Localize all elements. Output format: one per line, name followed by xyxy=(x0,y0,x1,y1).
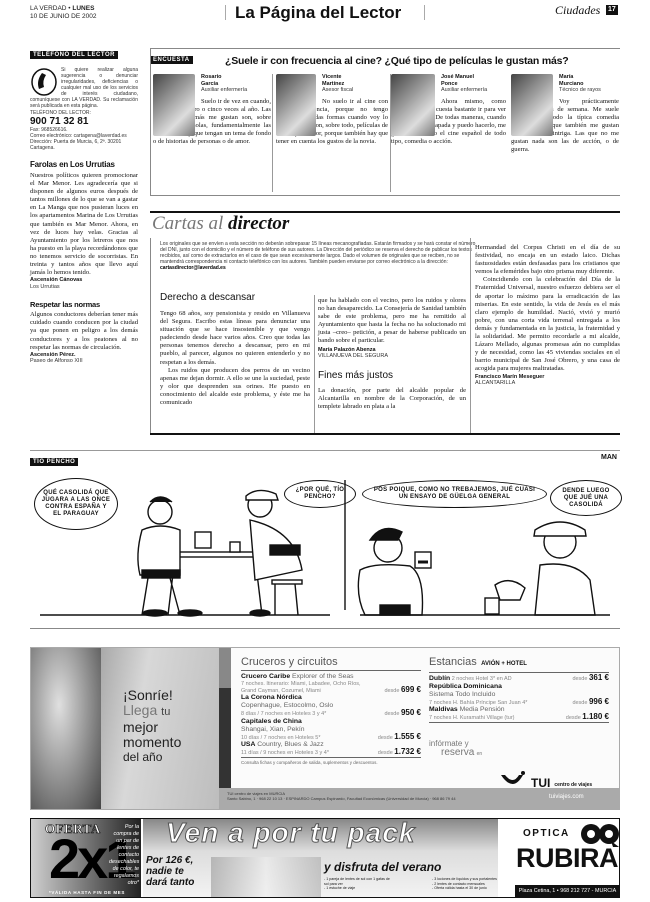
comic-illustration xyxy=(30,470,620,620)
carta-derecho-cont: que ha hablado con el vecino, pero los r… xyxy=(318,297,466,411)
optica-brand: RUBIRA xyxy=(516,843,618,873)
comic-author: MAN xyxy=(601,454,617,461)
offer-desde: desde xyxy=(378,750,393,756)
offer-name: La Corona Nórdica xyxy=(241,694,421,702)
carta-body: Tengo 68 años, soy pensionista y resido … xyxy=(160,310,310,367)
oferta-side-text: Por la compra de un par de lentes de con… xyxy=(109,824,139,887)
ad-stripe xyxy=(219,688,231,788)
offer-item[interactable]: La Corona Nórdica Copenhague, Estocolmo,… xyxy=(241,694,421,718)
cartas-intro-email-prefix: También pueden enviarse por correo elect… xyxy=(309,259,448,265)
column-divider xyxy=(272,74,273,192)
column-divider xyxy=(470,238,471,433)
offer-price: 699 € xyxy=(401,685,421,694)
letter-body: Algunos conductores deberían tener más c… xyxy=(30,311,138,351)
offer-desde: desde xyxy=(566,715,581,721)
encuesta-top-rule xyxy=(150,48,620,49)
carta-body: Los ruidos que producen dos perros de un… xyxy=(160,367,310,407)
date-label: 10 DE JUNIO DE 2002 xyxy=(30,13,96,20)
offer-price: 1.555 € xyxy=(394,732,421,741)
carta-body: La donación, por parte del alcalde popul… xyxy=(318,387,466,411)
encuesta-person: María Murciano Técnico de rayos Voy prác… xyxy=(511,74,619,154)
offer-name: Maldivas xyxy=(429,706,458,713)
offer-item[interactable]: Maldivas Media Pensión 7 noches H. Kuram… xyxy=(429,706,609,723)
offer-item[interactable]: Crucero Caribe Explorer of the Seas 7 no… xyxy=(241,673,421,694)
offer-name: República Dominicana xyxy=(429,683,609,691)
page-number: 17 xyxy=(606,5,618,15)
pack-price-line: Por 126 €, xyxy=(146,855,194,866)
person-job: Técnico de rayos xyxy=(559,87,619,94)
offer-detail: 11 días / 9 noches en Hoteles 3 y 4* xyxy=(241,750,329,757)
encuesta-question: ¿Suele ir con frecuencia al cine? ¿Qué t… xyxy=(225,55,568,68)
offer-sub: Media Pensión xyxy=(460,706,505,713)
headline-line: ¡Sonríe! xyxy=(123,688,181,703)
offer-name: USA xyxy=(241,741,255,748)
page-title: La Página del Lector xyxy=(235,2,401,24)
cartas-title-light: Cartas al xyxy=(152,213,223,234)
offer-item[interactable]: Dublín 2 noches Hotel 3* en ADdesde 361 … xyxy=(429,675,609,683)
offer-desde: desde xyxy=(572,676,587,682)
offer-detail: 7 noches. Itinerario: Miami, Labadee, Oc… xyxy=(241,681,361,694)
comic-bottom-rule xyxy=(30,628,620,629)
encuesta-person: José Manuel Ponce Auxiliar enfermería Ah… xyxy=(391,74,506,146)
tui-logo[interactable]: TUI centro de viajes xyxy=(499,771,592,789)
pack-product-image xyxy=(211,857,321,897)
offer-item[interactable]: USA Country, Blues & Jazz 11 días / 9 no… xyxy=(241,741,421,758)
telefono-email: Correo electrónico: cartagena@laverdad.e… xyxy=(30,133,138,151)
title-divider-left xyxy=(225,5,226,20)
offer-detail: 8 días / 7 noches en Hoteles 3 y 4* xyxy=(241,711,326,718)
letter-body: Nuestros políticos quieren promocionar e… xyxy=(30,172,138,277)
day-label: LUNES xyxy=(72,5,94,12)
carta-title: Fines más justos xyxy=(318,370,466,382)
pack-bullets-right: - 3 lociones de líquidos y sus portalent… xyxy=(432,877,502,891)
offer-price: 950 € xyxy=(401,708,421,717)
offer-sub: Sistema Todo Incluido xyxy=(429,691,609,699)
telefono-number[interactable]: 900 71 32 81 xyxy=(30,116,138,127)
offer-name: Dublín xyxy=(429,675,450,682)
pack-price-line: dará tanto xyxy=(146,877,194,888)
person-job: Auxiliar enfermería xyxy=(441,87,506,94)
offer-price: 1.180 € xyxy=(582,712,609,721)
person-photo xyxy=(153,74,195,136)
reserva-line: reserva xyxy=(441,747,474,758)
offer-desde: desde xyxy=(572,700,587,706)
cruceros-note: Consulta fichas y compañeros de salida, … xyxy=(241,760,421,767)
offer-sub: Copenhague, Estocolmo, Oslo xyxy=(241,702,421,710)
estancias-sub: AVIÓN + HOTEL xyxy=(481,661,527,667)
carta-place: ALCANTARILLA xyxy=(475,380,620,387)
ad-face xyxy=(31,648,101,810)
letter-title: Farolas en Los Urrutias xyxy=(30,160,138,170)
tui-advertisement[interactable]: ¡Sonríe! Llega tu mejor momento del año … xyxy=(30,647,620,810)
encuesta-person: Vicente Martínez Asesor fiscal No suelo … xyxy=(276,74,388,146)
offer-name: Capitales de China xyxy=(241,718,421,726)
phone-icon xyxy=(30,67,58,97)
cartas-bottom-rule xyxy=(150,433,620,435)
offer-price: 1.732 € xyxy=(394,747,421,756)
person-job: Auxiliar enfermería xyxy=(201,87,271,94)
offer-sub: Country, Blues & Jazz xyxy=(257,741,323,748)
estancias-list: Estancias AVIÓN + HOTEL Dublín 2 noches … xyxy=(429,654,609,759)
offer-desde: desde xyxy=(384,711,399,717)
pack-price: Por 126 €, nadie te dará tanto xyxy=(146,855,194,888)
encuesta-tag-wrap: ENCUESTA xyxy=(150,48,193,66)
cruceros-list: Cruceros y circuitos Crucero Caribe Expl… xyxy=(241,656,421,766)
ad-footer: TUI centro de viajes en MURCIA Santo Sab… xyxy=(219,788,620,810)
carta-place: VILLANUEVA DEL SEGURA xyxy=(318,353,466,360)
encuesta-person: Rosario García Auxiliar enfermería Suelo… xyxy=(153,74,271,146)
pack-headline: Ven a por tu pack xyxy=(166,818,415,849)
pack-bullet: - 3 lociones de líquidos y sus portalent… xyxy=(432,877,502,882)
headline-line: del año xyxy=(123,750,181,765)
headline-line: tu xyxy=(161,706,170,718)
offer-sub: Explorer of the Seas xyxy=(292,673,354,680)
offer-detail: 7 noches H. Kuramathi Village (tur) xyxy=(429,715,515,722)
offer-detail: 2 noches Hotel 3* en AD xyxy=(452,676,512,682)
ad-website-link[interactable]: tuiviajes.com xyxy=(549,795,584,800)
informate-text: infórmate y reserva en xyxy=(429,739,609,759)
offer-item[interactable]: República Dominicana Sistema Todo Inclui… xyxy=(429,683,609,707)
estancias-title: Estancias xyxy=(429,656,477,668)
comic-tag-wrap: TÍO PENCHO xyxy=(30,450,78,468)
cartas-intro: Los originales que se envíen a esta secc… xyxy=(160,241,480,271)
encuesta-left-border xyxy=(150,48,151,196)
headline-line: Llega xyxy=(123,702,157,718)
section-name: Ciudades xyxy=(555,3,600,18)
telefono-tag: TELÉFONO DEL LECTOR xyxy=(30,51,118,59)
comic-tag: TÍO PENCHO xyxy=(30,458,78,466)
ad-stripe xyxy=(219,648,231,688)
offer-item[interactable]: Capitales de China Shangai, Xian, Pekín … xyxy=(241,718,421,742)
offer-name: Crucero Caribe xyxy=(241,673,290,680)
comic-top-rule xyxy=(30,450,620,451)
offer-price: 361 € xyxy=(589,673,609,682)
ad-headline: ¡Sonríe! Llega tu mejor momento del año xyxy=(123,688,181,765)
carta-fines-cont: Hermandad del Corpus Christi en el día d… xyxy=(475,244,620,387)
pack-bullet: - 1 pareja de lentes de sol con 1 gafas … xyxy=(324,877,394,886)
optica-brand-top: OPTICA xyxy=(523,828,570,839)
optica-address: Plaza Cetina, 1 • 968 212 727 - MURCIA xyxy=(515,885,620,897)
carta-body: Hermandad del Corpus Christi en el día d… xyxy=(475,244,620,276)
cruceros-title: Cruceros y circuitos xyxy=(241,656,421,671)
offer-price: 996 € xyxy=(589,697,609,706)
masthead-info: LA VERDAD • LUNES 10 DE JUNIO DE 2002 xyxy=(30,5,96,21)
telefono-box: TELÉFONO DEL LECTOR Si quiere realizar a… xyxy=(30,43,138,151)
letter-place: Los Urrutias xyxy=(30,284,138,291)
carta-title: Derecho a descansar xyxy=(160,292,310,304)
cartas-title: Cartas al director xyxy=(152,213,289,235)
title-divider-right xyxy=(424,5,425,20)
cartas-title-bold: director xyxy=(228,213,289,234)
column-divider xyxy=(314,295,315,433)
carta-body: Coincidiendo con la celebración del Día … xyxy=(475,276,620,373)
encuesta-tag: ENCUESTA xyxy=(150,56,193,64)
oferta-valid: *VÁLIDA HASTA FIN DE MES xyxy=(33,890,141,895)
newspaper-name: LA VERDAD xyxy=(30,5,67,12)
person-job: Asesor fiscal xyxy=(322,87,388,94)
cartas-left-border xyxy=(150,238,151,433)
pack-tagline: y disfruta del verano xyxy=(324,860,441,874)
encuesta-bottom-rule xyxy=(150,195,620,196)
pack-bullets-left: - 1 pareja de lentes de sol con 1 gafas … xyxy=(324,877,394,891)
person-photo xyxy=(276,74,316,136)
headline-line: mejor xyxy=(123,720,181,735)
person-photo xyxy=(511,74,553,136)
offer-desde: desde xyxy=(378,735,393,741)
optica-advertisement[interactable]: OFERTA 2x1 Por la compra de un par de le… xyxy=(30,818,620,898)
en-line: en xyxy=(477,751,483,757)
pack-bullet: - 1 estuche de viaje xyxy=(324,886,394,891)
left-letters: Farolas en Los Urrutias Nuestros polític… xyxy=(30,160,138,365)
carta-body: que ha hablado con el vecino, pero los r… xyxy=(318,297,466,346)
pack-bullet: - Oferta válida hasta el 30 de junio xyxy=(432,886,502,891)
carta-derecho: Derecho a descansar Tengo 68 años, soy p… xyxy=(160,292,310,407)
tui-smile-icon xyxy=(499,771,527,789)
pack-price-line: nadie te xyxy=(146,866,194,877)
letter-title: Respetar las normas xyxy=(30,300,138,310)
person-photo xyxy=(391,74,435,136)
letter-place: Paseo de Alfonso XIII xyxy=(30,358,138,365)
cartas-email-link[interactable]: cartasdirector@laverdad.es xyxy=(160,265,226,271)
headline-line: momento xyxy=(123,735,181,750)
offer-desde: desde xyxy=(384,688,399,694)
